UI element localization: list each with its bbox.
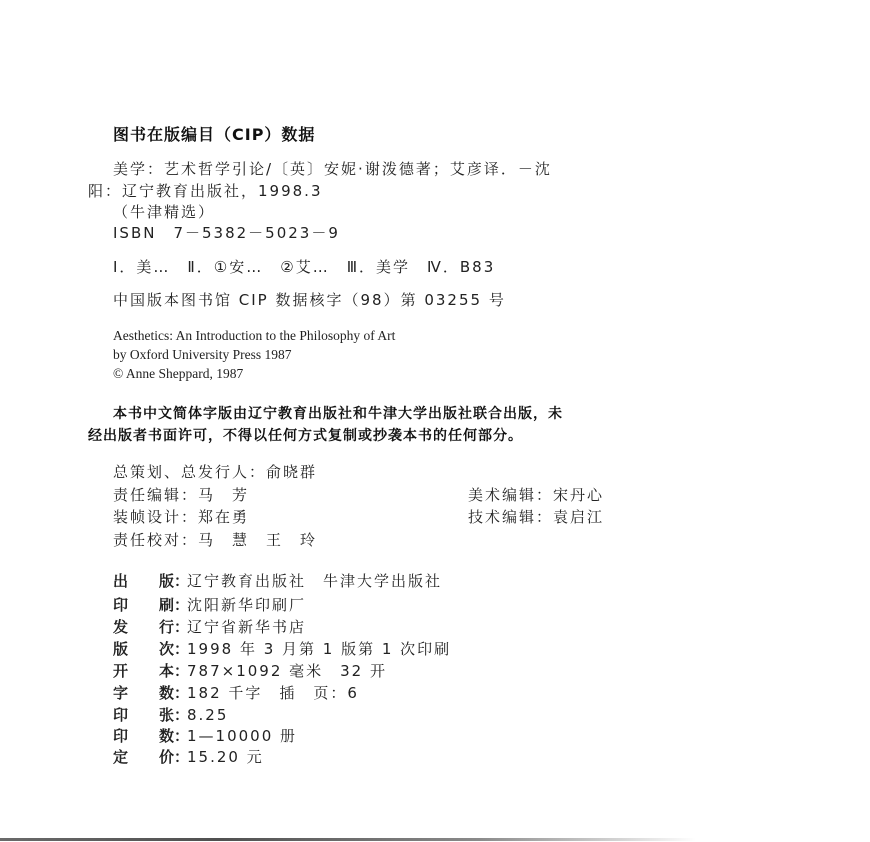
pub-row-distributor: 发行：辽宁省新华书店 xyxy=(113,616,306,637)
cip-entry-line-1: 美学：艺术哲学引论/〔英〕安妮·谢泼德著；艾彦译．－沈 xyxy=(113,158,552,179)
pub-row-printer: 印刷：沈阳新华印刷厂 xyxy=(113,594,306,615)
credit-editor: 责任编辑：马 芳 xyxy=(113,484,249,505)
pub-row-edition: 版次：1998 年 3 月第 1 版第 1 次印刷 xyxy=(113,638,451,659)
credit-designer: 装帧设计：郑在勇 xyxy=(113,506,249,527)
credit-tech-editor: 技术编辑：袁启江 xyxy=(468,506,604,527)
rights-notice-line-1: 本书中文简体字版由辽宁教育出版社和牛津大学出版社联合出版，未 xyxy=(113,403,563,423)
original-title: Aesthetics: An Introduction to the Philo… xyxy=(113,328,395,344)
rights-notice-line-2: 经出版者书面许可，不得以任何方式复制或抄袭本书的任何部分。 xyxy=(88,425,523,445)
cip-library-verification: 中国版本图书馆 CIP 数据核字（98）第 03255 号 xyxy=(113,289,506,310)
original-copyright: © Anne Sheppard, 1987 xyxy=(113,366,243,382)
cip-classification: Ⅰ．美… Ⅱ．①安… ②艾… Ⅲ．美学 Ⅳ．B83 xyxy=(113,256,495,277)
original-publisher: by Oxford University Press 1987 xyxy=(113,347,292,363)
cip-isbn: ISBN 7－5382－5023－9 xyxy=(113,222,340,243)
pub-row-print-run: 印数：1—10000 册 xyxy=(113,725,297,746)
scan-edge-rule xyxy=(0,838,870,841)
cip-heading: 图书在版编目（CIP）数据 xyxy=(113,122,315,145)
pub-row-format: 开本：787×1092 毫米 32 开 xyxy=(113,660,387,681)
credit-art-editor: 美术编辑：宋丹心 xyxy=(468,484,604,505)
copyright-page: 图书在版编目（CIP）数据 美学：艺术哲学引论/〔英〕安妮·谢泼德著；艾彦译．－… xyxy=(0,0,870,842)
cip-entry-line-2: 阳：辽宁教育出版社，1998.3 xyxy=(88,180,323,201)
pub-row-price: 定价：15.20 元 xyxy=(113,746,264,767)
credit-proofreader: 责任校对：马 慧 王 玲 xyxy=(113,529,317,550)
pub-row-publisher: 出版：辽宁教育出版社 牛津大学出版社 xyxy=(113,570,442,591)
credit-planner: 总策划、总发行人：俞晓群 xyxy=(113,461,317,482)
pub-row-word-count: 字数：182 千字 插 页：6 xyxy=(113,682,359,703)
pub-row-sheets: 印张：8.25 xyxy=(113,704,228,725)
cip-series: （牛津精选） xyxy=(113,201,215,222)
